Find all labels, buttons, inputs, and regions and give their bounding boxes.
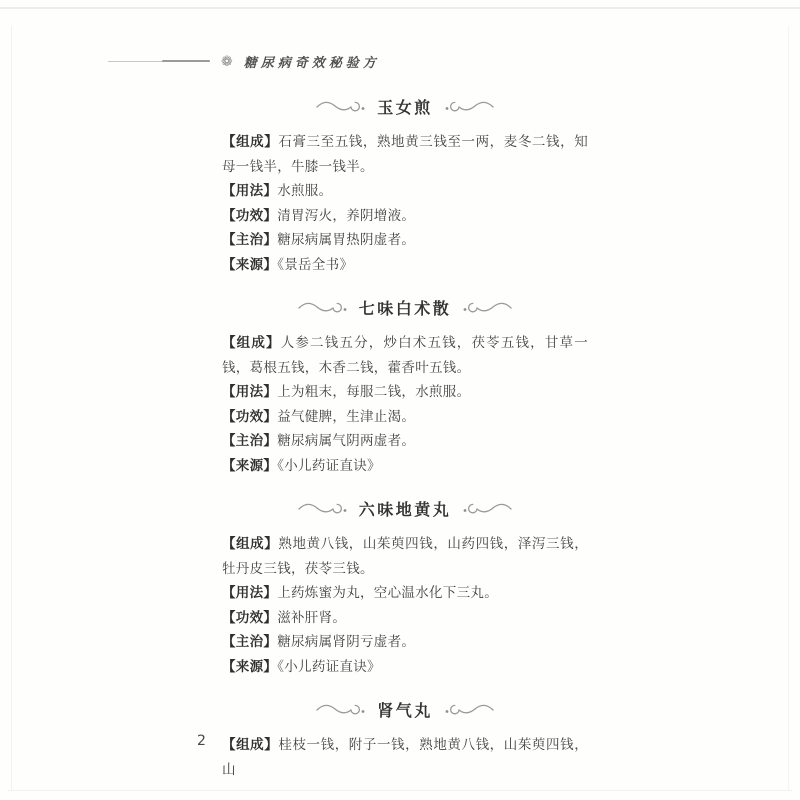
page-edge-left	[11, 26, 12, 790]
section-title-row: 七味白术散	[222, 294, 588, 320]
prescription-section: 肾气丸 【组成】桂枝一钱，附子一钱，熟地黄八钱，山茱萸四钱，山	[222, 696, 588, 782]
page-number: 2	[197, 733, 206, 749]
field-label: 【用法】	[222, 384, 277, 399]
prescription-title: 七味白术散	[359, 296, 452, 319]
field-text: 上药炼蜜为丸，空心温水化下三丸。	[277, 585, 498, 600]
scroll-ornament-left-icon	[316, 98, 368, 114]
scroll-ornament-right-icon	[460, 299, 512, 315]
prescription-section: 六味地黄丸 【组成】熟地黄八钱，山茱萸四钱，山药四钱，泽泻三钱，牡丹皮三钱，茯苓…	[222, 495, 588, 679]
field-row: 【来源】《景岳全书》	[222, 253, 588, 278]
field-row: 【组成】人参二钱五分，炒白术五钱，茯苓五钱，甘草一钱，葛根五钱，木香二钱，藿香叶…	[222, 331, 588, 380]
field-label: 【组成】	[222, 536, 278, 551]
field-row: 【来源】《小儿药证直诀》	[222, 454, 588, 479]
flower-rosette-icon: ❁	[221, 55, 233, 69]
field-label: 【功效】	[222, 610, 277, 625]
field-label: 【来源】	[222, 257, 277, 272]
field-row: 【主治】糖尿病属胃热阴虚者。	[222, 228, 588, 253]
section-title-row: 玉女煎	[222, 93, 588, 119]
field-text: 清胃泻火，养阴增液。	[277, 208, 415, 223]
field-row: 【功效】清胃泻火，养阴增液。	[222, 204, 588, 229]
field-text: 上为粗末，每服二钱，水煎服。	[277, 384, 470, 399]
scroll-ornament-right-icon	[460, 500, 512, 516]
field-row: 【组成】桂枝一钱，附子一钱，熟地黄八钱，山茱萸四钱，山	[222, 733, 588, 782]
scroll-ornament-right-icon	[442, 98, 494, 114]
field-row: 【用法】上为粗末，每服二钱，水煎服。	[222, 380, 588, 405]
scroll-ornament-left-icon	[316, 701, 368, 717]
field-label: 【组成】	[222, 134, 278, 149]
prescription-section: 七味白术散 【组成】人参二钱五分，炒白术五钱，茯苓五钱，甘草一钱，葛根五钱，木香…	[222, 294, 588, 478]
field-label: 【来源】	[222, 458, 277, 473]
field-text: 《小儿药证直诀》	[277, 659, 381, 674]
field-label: 【主治】	[222, 433, 277, 448]
page-edge-top	[0, 7, 800, 9]
field-row: 【用法】上药炼蜜为丸，空心温水化下三丸。	[222, 581, 588, 606]
section-title-row: 六味地黄丸	[222, 495, 588, 521]
field-label: 【用法】	[222, 585, 277, 600]
page-edge-right	[788, 26, 789, 790]
field-text: 水煎服。	[277, 183, 332, 198]
field-row: 【来源】《小儿药证直诀》	[222, 655, 588, 680]
field-text: 益气健脾，生津止渴。	[277, 409, 415, 424]
field-row: 【主治】糖尿病属气阴两虚者。	[222, 429, 588, 454]
field-text: 《小儿药证直诀》	[277, 458, 381, 473]
field-text: 糖尿病属胃热阴虚者。	[277, 232, 415, 247]
field-text: 糖尿病属肾阴亏虚者。	[277, 634, 415, 649]
book-title: 糖尿病奇效秘验方	[244, 52, 380, 71]
field-row: 【功效】益气健脾，生津止渴。	[222, 405, 588, 430]
field-label: 【功效】	[222, 208, 277, 223]
field-row: 【组成】熟地黄八钱，山茱萸四钱，山药四钱，泽泻三钱，牡丹皮三钱，茯苓三钱。	[222, 532, 588, 581]
field-label: 【组成】	[222, 737, 278, 752]
prescription-title: 肾气丸	[377, 698, 433, 721]
field-label: 【主治】	[222, 232, 277, 247]
field-row: 【功效】滋补肝肾。	[222, 606, 588, 631]
prescription-title: 六味地黄丸	[359, 497, 452, 520]
scroll-ornament-left-icon	[298, 299, 350, 315]
book-page: ❁ 糖尿病奇效秘验方 玉女煎 【组成】石膏三至五钱，熟地黄三钱至一两，麦冬二钱，…	[0, 0, 800, 800]
field-label: 【组成】	[222, 335, 281, 350]
field-row: 【组成】石膏三至五钱，熟地黄三钱至一两，麦冬二钱，知母一钱半，牛膝一钱半。	[222, 130, 588, 179]
scroll-ornament-left-icon	[298, 500, 350, 516]
prescription-title: 玉女煎	[377, 95, 433, 118]
header-rule	[108, 60, 210, 63]
field-label: 【主治】	[222, 634, 277, 649]
field-text: 糖尿病属气阴两虚者。	[277, 433, 415, 448]
field-row: 【用法】水煎服。	[222, 179, 588, 204]
field-label: 【用法】	[222, 183, 277, 198]
page-edge-bottom	[8, 790, 792, 791]
field-label: 【来源】	[222, 659, 277, 674]
field-text: 滋补肝肾。	[277, 610, 346, 625]
field-label: 【功效】	[222, 409, 277, 424]
field-row: 【主治】糖尿病属肾阴亏虚者。	[222, 630, 588, 655]
page-content: 玉女煎 【组成】石膏三至五钱，熟地黄三钱至一两，麦冬二钱，知母一钱半，牛膝一钱半…	[222, 84, 588, 782]
running-header: ❁ 糖尿病奇效秘验方	[108, 52, 380, 71]
section-title-row: 肾气丸	[222, 696, 588, 722]
scroll-ornament-right-icon	[442, 701, 494, 717]
prescription-section: 玉女煎 【组成】石膏三至五钱，熟地黄三钱至一两，麦冬二钱，知母一钱半，牛膝一钱半…	[222, 93, 588, 277]
field-text: 《景岳全书》	[277, 257, 353, 272]
